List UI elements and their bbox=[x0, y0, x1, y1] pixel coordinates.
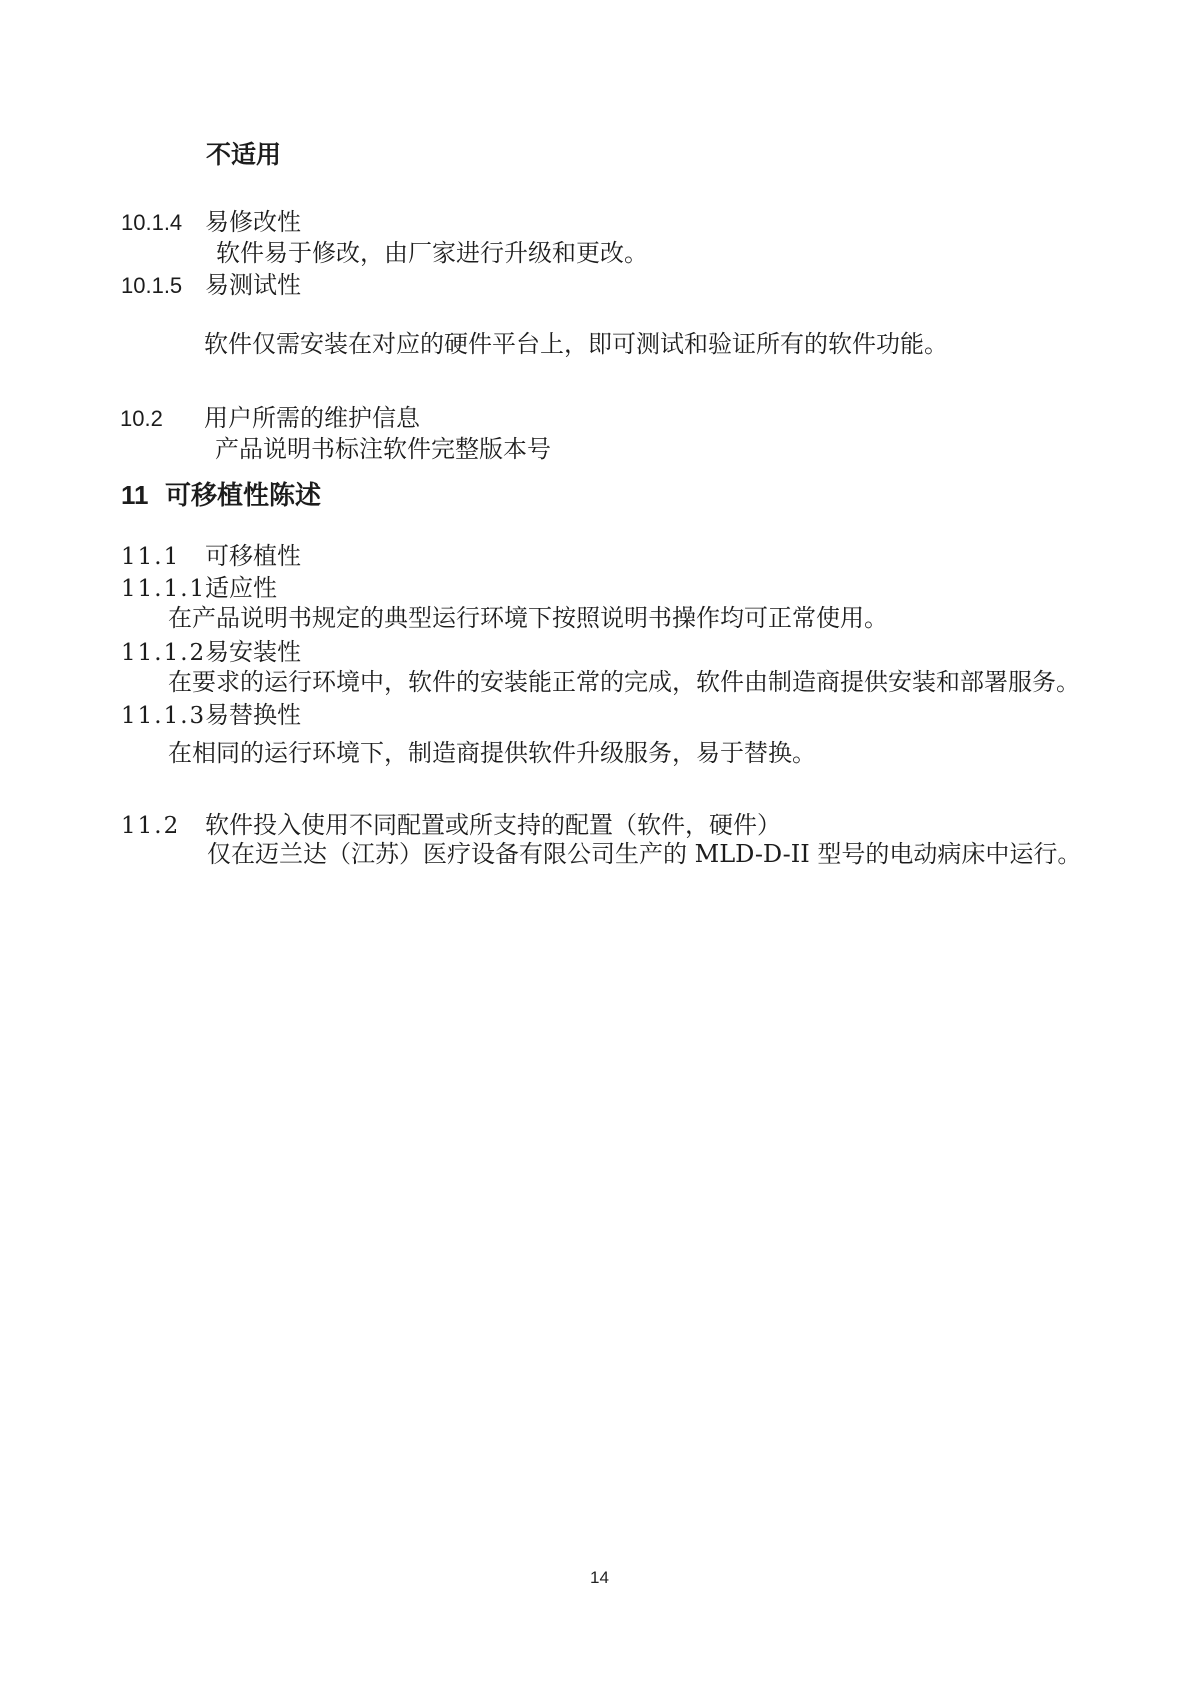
item-number: 11.1.1 bbox=[121, 576, 205, 602]
paragraph: 仅在迈兰达（江苏）医疗设备有限公司生产的 MLD-D-II 型号的电动病床中运行… bbox=[207, 841, 1081, 869]
numbered-item-11-1-1: 11.1.1适应性 bbox=[121, 575, 277, 603]
item-number: 11.2 bbox=[121, 813, 205, 839]
item-label: 易安装性 bbox=[205, 638, 301, 666]
item-label: 易测试性 bbox=[205, 271, 301, 299]
heading-label: 可移植性陈述 bbox=[165, 480, 321, 510]
paragraph: 软件易于修改，由厂家进行升级和更改。 bbox=[216, 240, 648, 268]
numbered-item-10-2: 10.2用户所需的维护信息 bbox=[120, 405, 420, 433]
document-page: 不适用 10.1.4易修改性 软件易于修改，由厂家进行升级和更改。 10.1.5… bbox=[0, 0, 1199, 1696]
item-number: 10.1.4 bbox=[121, 210, 205, 235]
item-number: 11.1.2 bbox=[121, 640, 205, 666]
item-number: 11.1.3 bbox=[121, 703, 205, 729]
heading-number: 11 bbox=[121, 481, 165, 511]
paragraph: 在产品说明书规定的典型运行环境下按照说明书操作均可正常使用。 bbox=[168, 605, 888, 633]
numbered-item-11-1-3: 11.1.3易替换性 bbox=[121, 702, 301, 730]
paragraph: 软件仅需安装在对应的硬件平台上，即可测试和验证所有的软件功能。 bbox=[204, 331, 948, 359]
numbered-item-11-1: 11.1可移植性 bbox=[121, 543, 301, 571]
item-label: 软件投入使用不同配置或所支持的配置（软件，硬件） bbox=[205, 811, 781, 839]
item-label: 可移植性 bbox=[205, 542, 301, 570]
item-label: 易替换性 bbox=[205, 701, 301, 729]
paragraph: 在相同的运行环境下，制造商提供软件升级服务，易于替换。 bbox=[168, 740, 816, 768]
page-number: 14 bbox=[0, 1568, 1199, 1588]
item-label: 适应性 bbox=[205, 574, 277, 602]
item-number: 10.1.5 bbox=[121, 273, 205, 298]
item-number: 10.2 bbox=[120, 406, 204, 431]
item-label: 易修改性 bbox=[205, 208, 301, 236]
paragraph: 产品说明书标注软件完整版本号 bbox=[215, 436, 551, 464]
subheading-not-applicable: 不适用 bbox=[206, 141, 281, 170]
item-number: 11.1 bbox=[121, 544, 205, 570]
numbered-item-10-1-4: 10.1.4易修改性 bbox=[121, 209, 301, 237]
numbered-item-11-1-2: 11.1.2易安装性 bbox=[121, 639, 301, 667]
numbered-item-11-2: 11.2软件投入使用不同配置或所支持的配置（软件，硬件） bbox=[121, 812, 781, 840]
numbered-item-10-1-5: 10.1.5易测试性 bbox=[121, 272, 301, 300]
paragraph: 在要求的运行环境中，软件的安装能正常的完成，软件由制造商提供安装和部署服务。 bbox=[168, 669, 1080, 697]
section-heading-11: 11可移植性陈述 bbox=[121, 481, 321, 511]
item-label: 用户所需的维护信息 bbox=[204, 404, 420, 432]
